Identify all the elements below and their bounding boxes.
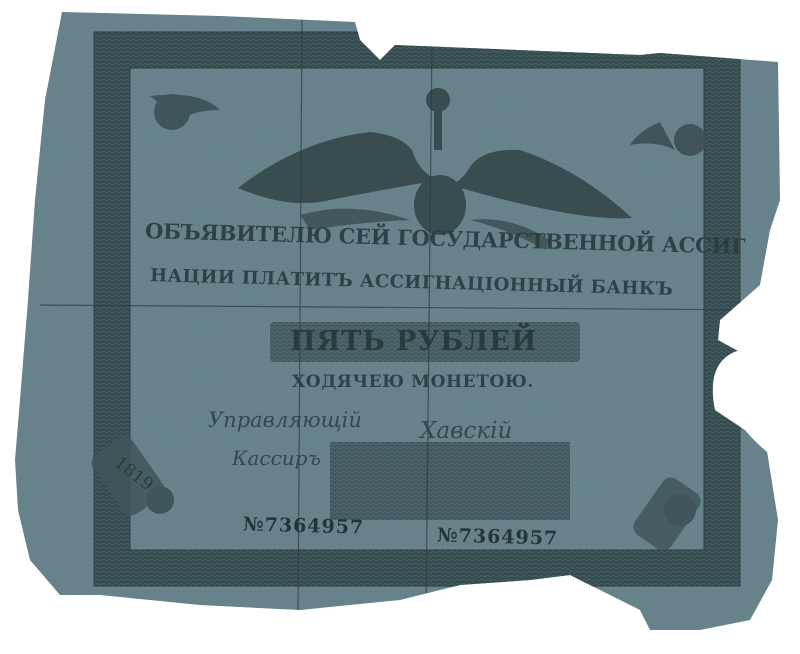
- serial-number-left: №7364957: [243, 513, 365, 538]
- serial-number-right: №7364957: [437, 524, 559, 549]
- signature-box: [330, 442, 570, 520]
- manager-label: Управляющій: [208, 408, 362, 432]
- cashier-label: Кассиръ: [232, 446, 321, 470]
- currency-line: ХОДЯЧЕЮ МОНЕТОЮ.: [292, 372, 534, 392]
- manager-signature: Хавскій: [420, 418, 512, 444]
- denomination-text: ПЯТЬ РУБЛЕЙ: [290, 326, 537, 357]
